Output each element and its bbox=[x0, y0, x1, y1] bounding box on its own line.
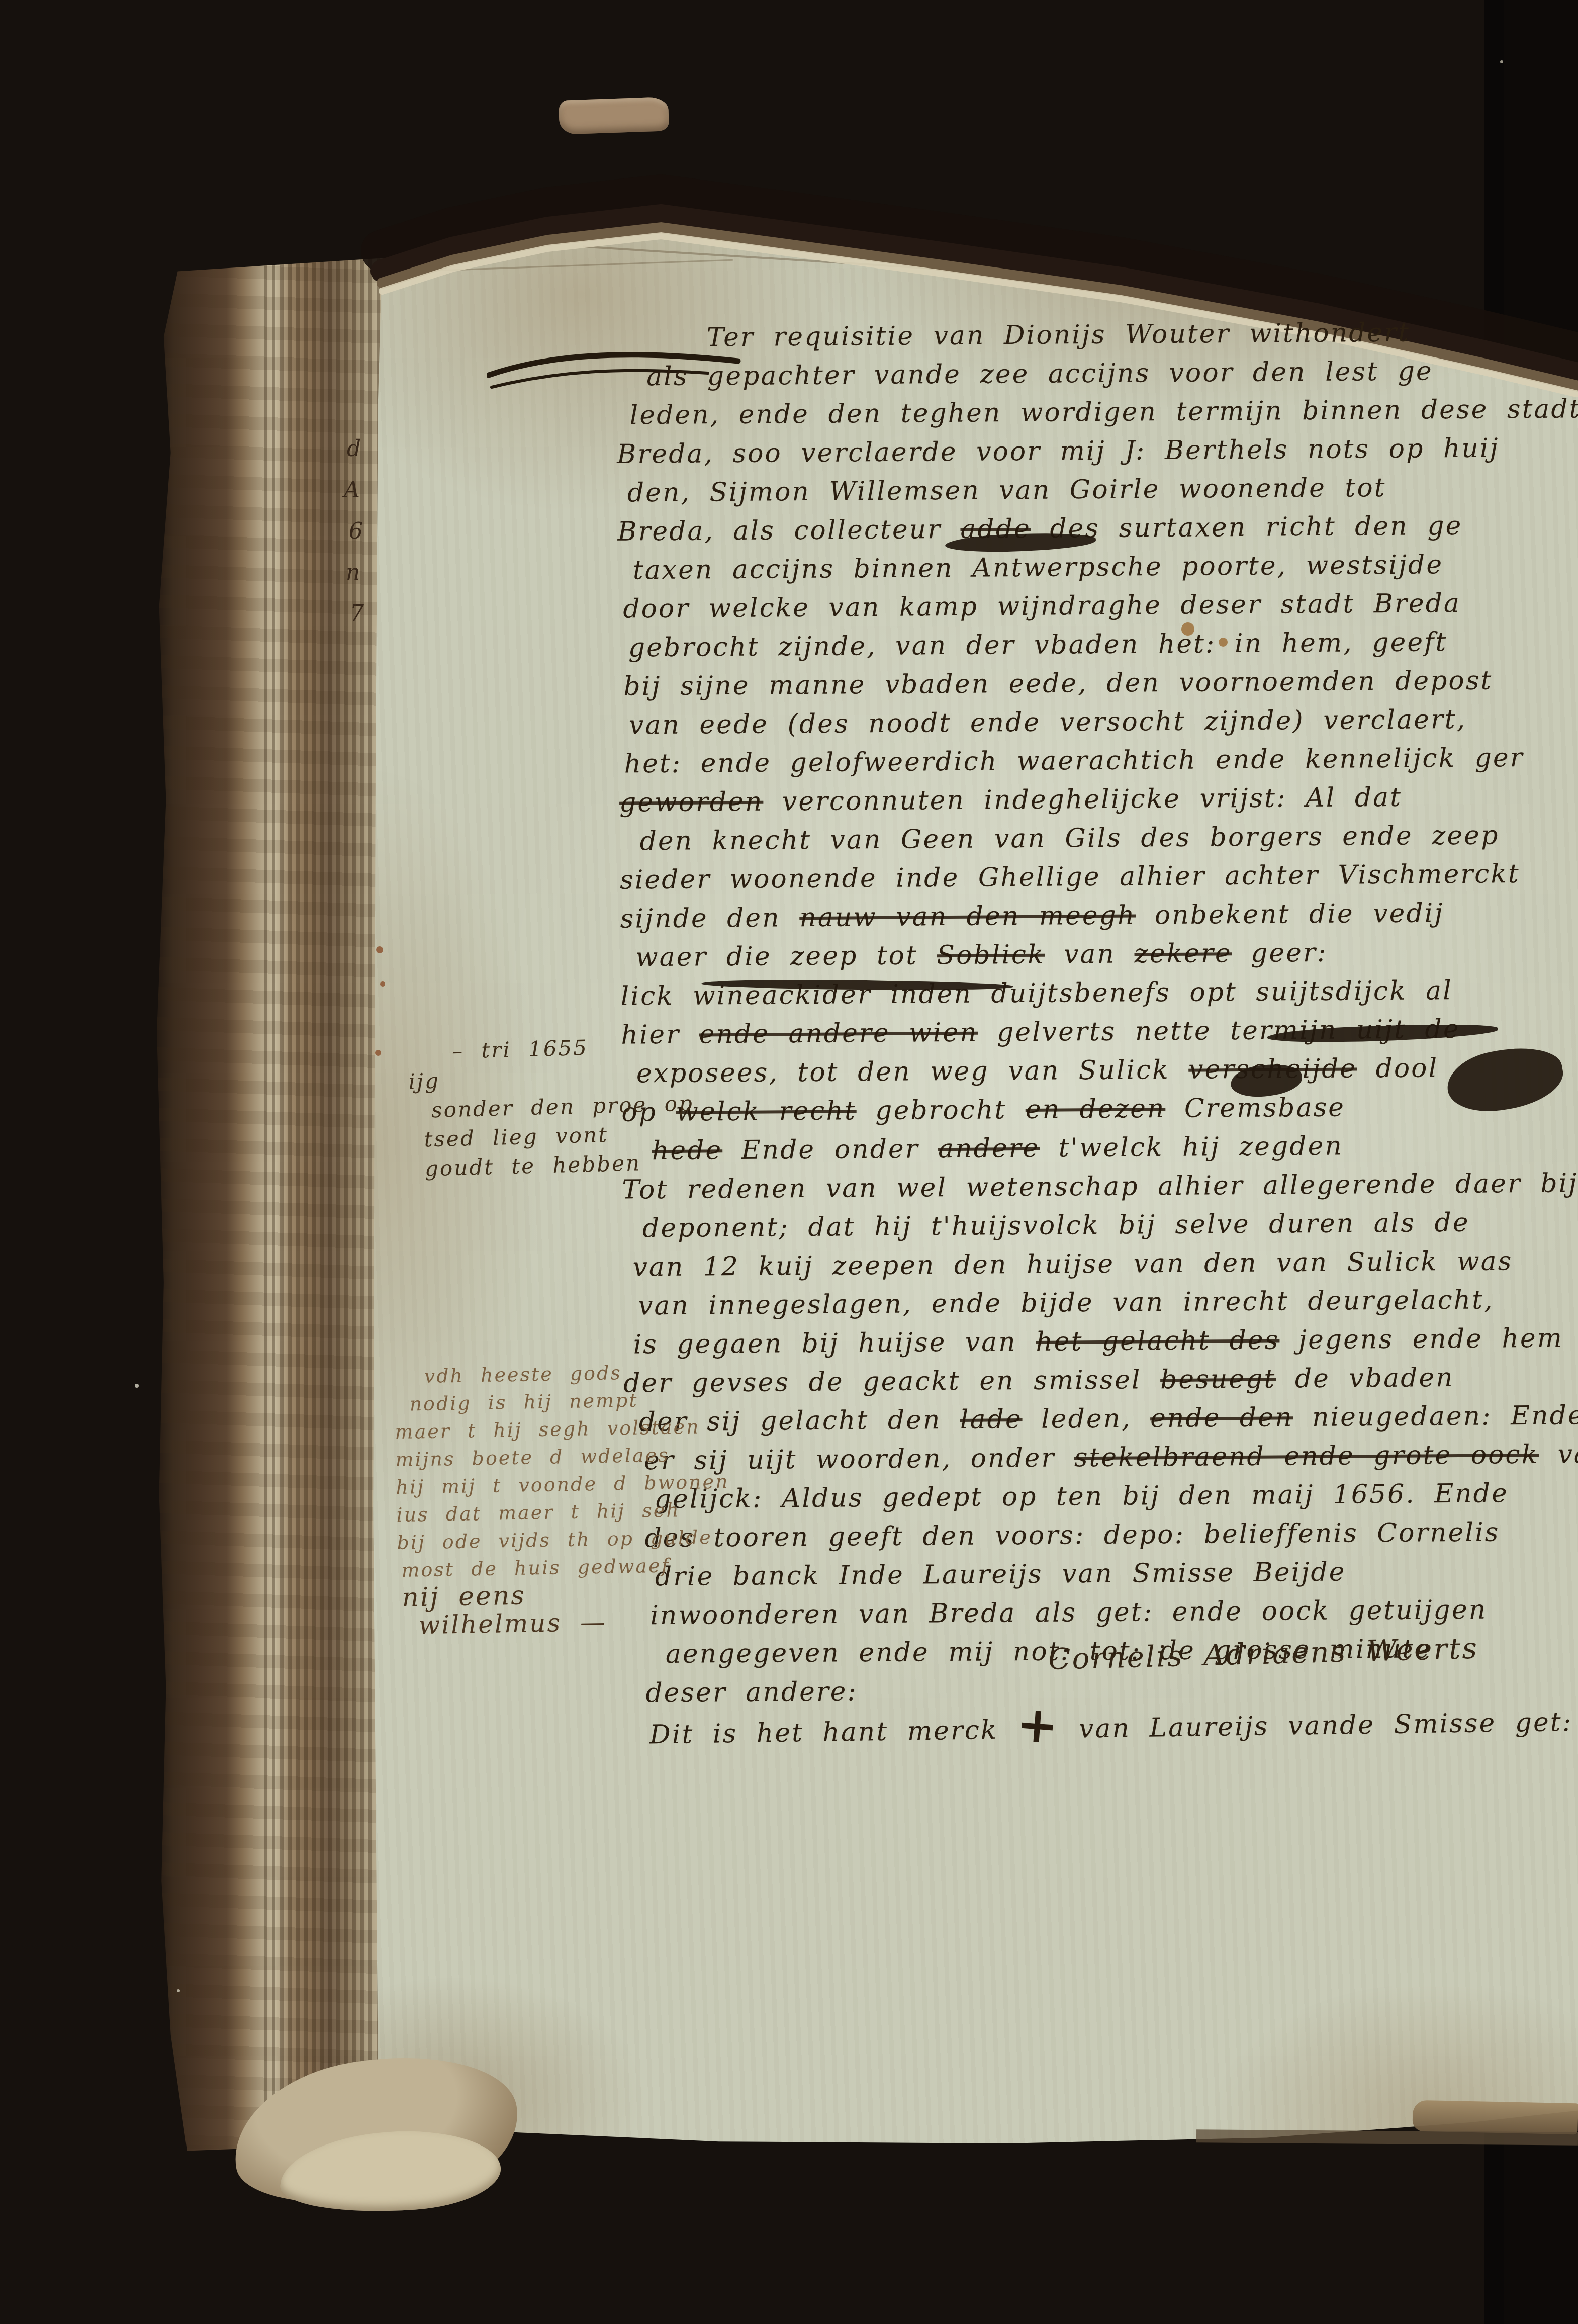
under-page-edge bbox=[1412, 2100, 1578, 2135]
manuscript-line: sijnde den nauw van den meegh onbekent d… bbox=[620, 893, 1575, 938]
manuscript-line: waer die zeep tot Soblick van zekere gee… bbox=[635, 932, 1575, 977]
manuscript-line: gebrocht zijnde, van der vbaden het: in … bbox=[628, 622, 1573, 667]
manuscript-line: maer t hij segh volstaen bbox=[395, 1413, 687, 1446]
manuscript-line: goudt te hebben bbox=[424, 1148, 641, 1183]
manuscript-line: hede Ende onder andere t'welck hij zegde… bbox=[652, 1125, 1577, 1171]
prior-page-edge-letters: dA6n7 bbox=[344, 428, 384, 635]
manuscript-line: mijns boete d wdelaes bbox=[395, 1441, 687, 1474]
manuscript-line: gelijck: Aldus gedept op ten bij den mai… bbox=[654, 1474, 1578, 1519]
manuscript-line: bij ode vijds th op gulde bbox=[397, 1524, 689, 1557]
manuscript-line: most de huis gedwaef bbox=[401, 1552, 689, 1584]
rust-spot bbox=[376, 946, 383, 953]
manuscript-line: A bbox=[344, 470, 384, 511]
under-page-shadow-strip bbox=[1196, 2129, 1578, 2145]
manuscript-line: – tri 1655 bbox=[451, 1032, 638, 1066]
manuscript-line: het: ende gelofweerdich waerachtich ende… bbox=[624, 738, 1574, 783]
manuscript-line: inwoonderen van Breda als get: ende oock… bbox=[650, 1590, 1578, 1635]
manuscript-line: ius dat maer t hij seh bbox=[396, 1496, 688, 1529]
manuscript-line: den knecht van Geen van Gils des borgers… bbox=[639, 816, 1574, 861]
main-text-block: Ter requisitie van Dionijs Wouter withon… bbox=[616, 312, 1578, 1713]
dust-speck bbox=[1500, 60, 1503, 63]
margin-note-faint: vdh heeste godsnodig is hij nemptmaer t … bbox=[394, 1358, 690, 1640]
manuscript-line: nij eens bbox=[402, 1579, 690, 1612]
manuscript-line: geworden verconnuten indeghelijcke vrijs… bbox=[619, 777, 1574, 822]
manuscript-line: 6 bbox=[349, 511, 384, 552]
manuscript-line: bij sijne manne vbaden eede, den voornoe… bbox=[623, 661, 1573, 706]
manuscript-line: van 12 kuij zeepen den huijse van den va… bbox=[632, 1241, 1577, 1287]
rust-spot bbox=[1181, 622, 1194, 636]
margin-note-1655: – tri 1655ijgsonder den proe optsed lieg… bbox=[421, 1032, 641, 1183]
manuscript-line: Tot redenen van wel wetenschap alhier al… bbox=[622, 1164, 1577, 1209]
manuscript-line: Breda, soo verclaerde voor mij J: Berthe… bbox=[617, 428, 1572, 474]
manuscript-line: exposees, tot den weg van Sulick versche… bbox=[636, 1048, 1576, 1093]
manuscript-line: Ter requisitie van Dionijs Wouter withon… bbox=[706, 312, 1571, 357]
manuscript-line: van innegeslagen, ende bijde van inrecht… bbox=[638, 1280, 1578, 1325]
manuscript-line: op welck recht gebrocht en dezen Cremsba… bbox=[621, 1087, 1576, 1132]
manuscript-line: der gevses de geackt en smissel besuegt … bbox=[623, 1358, 1578, 1403]
manuscript-line: sonder den proe op bbox=[431, 1090, 639, 1125]
manuscript-line: door welcke van kamp wijndraghe deser st… bbox=[623, 583, 1573, 629]
rust-spot bbox=[380, 981, 385, 987]
manuscript-line: leden, ende den teghen wordigen termijn … bbox=[629, 390, 1571, 435]
manuscript-line: deponent; dat hij t'huijsvolck bij selve… bbox=[642, 1203, 1577, 1248]
manuscript-line: taxen accijns binnen Antwerpsche poorte,… bbox=[633, 545, 1573, 590]
manuscript-line: is gegaen bij huijse van het gelacht des… bbox=[633, 1319, 1578, 1364]
manuscript-line: Breda, als collecteur adde des surtaxen … bbox=[617, 506, 1572, 551]
manuscript-line: 7 bbox=[350, 593, 384, 635]
manuscript-line: des tooren geeft den voors: depo: belief… bbox=[644, 1512, 1578, 1558]
dust-speck bbox=[177, 1989, 180, 1992]
manuscript-line: den, Sijmon Willemsen van Goirle woonend… bbox=[627, 467, 1572, 512]
manuscript-line: vdh heeste gods bbox=[424, 1358, 686, 1390]
manuscript-line: drie banck Inde Laureijs van Smisse Beij… bbox=[655, 1551, 1578, 1596]
rust-spot bbox=[1219, 638, 1228, 647]
manuscript-line: der sij gelacht den lade leden, ende den… bbox=[638, 1396, 1578, 1442]
manuscript-photo: Ter requisitie van Dionijs Wouter withon… bbox=[0, 0, 1578, 2324]
manuscript-line: van eede (des noodt ende versocht zijnde… bbox=[629, 699, 1574, 745]
hand-mark-cross: + bbox=[1016, 1724, 1060, 1727]
rust-spot bbox=[375, 1050, 381, 1056]
manuscript-line: nodig is hij nempt bbox=[409, 1386, 686, 1418]
paper-scrap-fragment bbox=[559, 97, 669, 135]
manuscript-line: sieder woonende inde Ghellige alhier ach… bbox=[620, 854, 1575, 900]
manuscript-line: n bbox=[346, 552, 384, 593]
manuscript-line: wilhelmus — bbox=[418, 1607, 690, 1639]
dust-speck bbox=[135, 1384, 139, 1388]
manuscript-line: lick wineackider inden duijtsbenefs opt … bbox=[620, 970, 1575, 1016]
manuscript-line: er sij uijt woorden, onder stekelbraend … bbox=[644, 1435, 1578, 1480]
manuscript-line: hij mij t voonde d bwonen bbox=[396, 1469, 688, 1501]
manuscript-line: als gepachter vande zee accijns voor den… bbox=[646, 351, 1571, 396]
manuscript-line: d bbox=[347, 428, 384, 470]
